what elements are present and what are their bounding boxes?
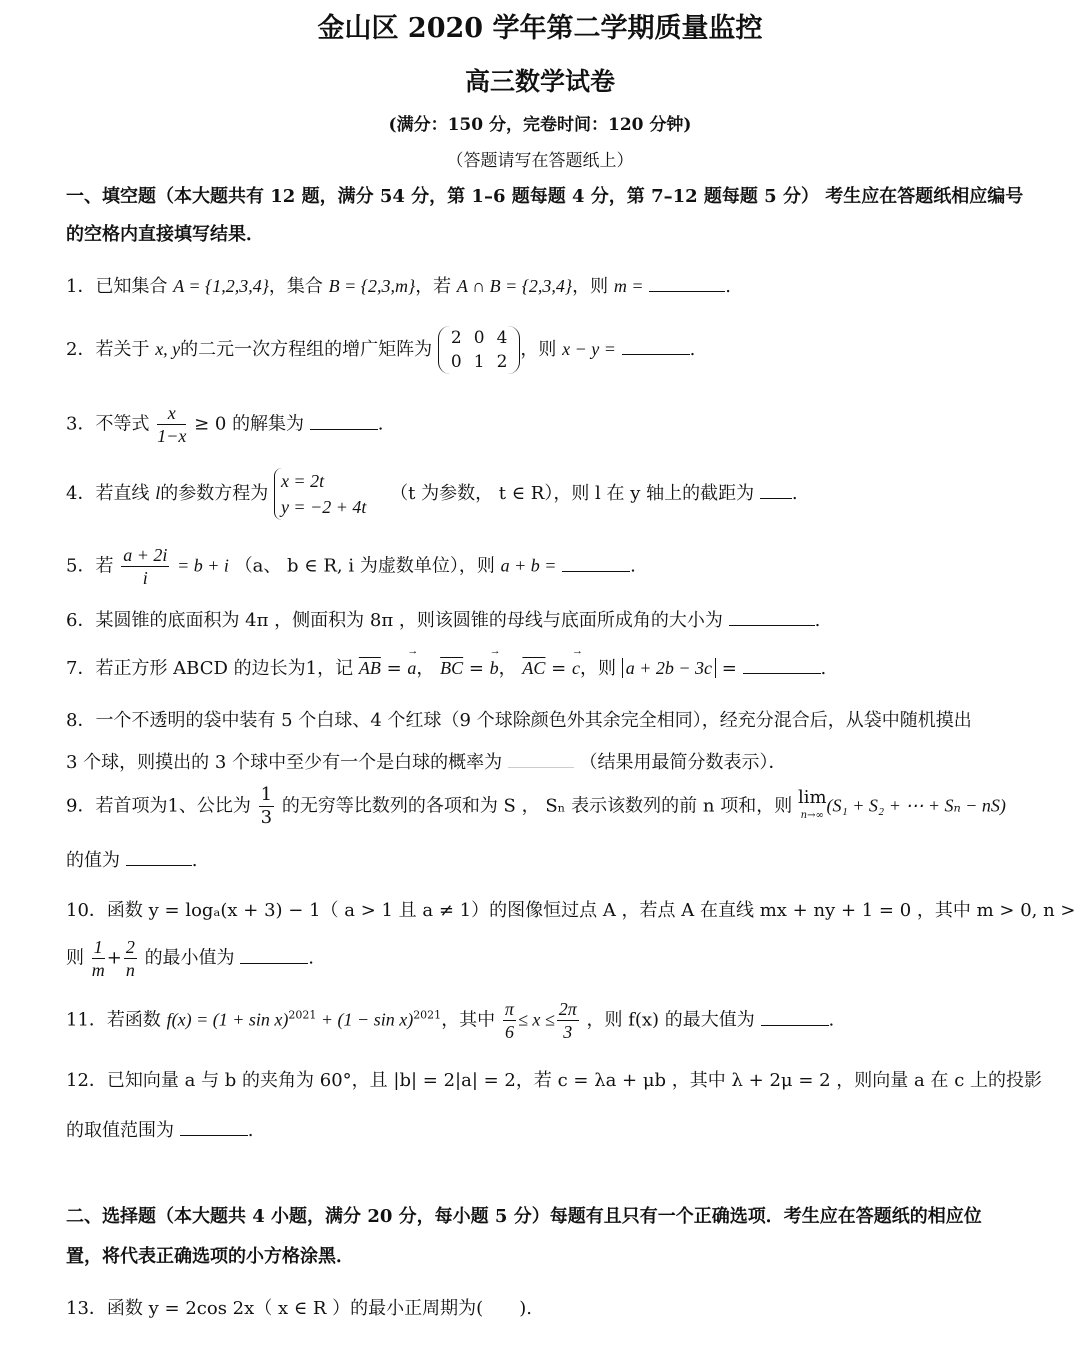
matrix-cell: 2 xyxy=(491,350,514,374)
matrix-cell: 1 xyxy=(468,350,491,374)
matrix-cell: 4 xyxy=(491,326,514,350)
question-8: 8．一个不透明的袋中装有 5 个白球、4 个红球（9 个球除颜色外其余完全相同）… xyxy=(66,706,972,732)
q-text: ，则 xyxy=(580,658,616,679)
q-text: 若直线 xyxy=(95,483,149,504)
exam-note: （答题请写在答题纸上） xyxy=(0,146,1080,171)
q-num: 3． xyxy=(66,414,95,435)
answer-blank[interactable] xyxy=(240,945,308,964)
q-text: ，则 xyxy=(572,276,608,297)
matrix-cell: 2 xyxy=(445,326,468,350)
q-num: 8． xyxy=(66,710,95,731)
fraction: 13 xyxy=(259,784,274,829)
numerator: 1 xyxy=(259,784,274,807)
q-text: 函数 y = logₐ(x + 3) − 1（ a > 1 且 a ≠ 1）的图… xyxy=(107,900,1080,921)
question-13: 13．函数 y = 2cos 2x（ x ∈ R ）的最小正周期为( ). xyxy=(66,1294,532,1320)
exponent: 2021 xyxy=(288,1009,316,1022)
equation: x = 2t xyxy=(281,468,366,494)
q-end: . xyxy=(248,1120,254,1141)
q-num: 10． xyxy=(66,900,107,921)
answer-blank[interactable] xyxy=(622,336,690,355)
vector-ac: AC xyxy=(522,658,545,678)
vector-b: b xyxy=(490,658,499,679)
section2-heading-cont: 置，将代表正确选项的小方格涂黑． xyxy=(66,1242,354,1268)
question-8-cont: 3 个球，则摸出的 3 个球中至少有一个是白球的概率为 （结果用最简分数表示）． xyxy=(66,748,787,774)
q-text: 的二元一次方程组的增广矩阵为 xyxy=(180,339,432,360)
answer-blank[interactable] xyxy=(729,607,815,626)
q-text: 已知向量 a 与 b 的夹角为 60°，且 |b| = 2|a| = 2，若 c… xyxy=(107,1070,1042,1091)
q-text: （t 为参数， t ∈ R），则 l 在 y 轴上的截距为 xyxy=(390,483,754,504)
q-end: . xyxy=(630,556,636,577)
q-text: 某圆锥的底面积为 4π ，侧面积为 8π ，则该圆锥的母线与底面所成角的大小为 xyxy=(95,610,722,631)
q-math: f(x) = (1 + sin x) xyxy=(167,1010,289,1030)
q-end: . xyxy=(308,948,314,969)
question-12: 12．已知向量 a 与 b 的夹角为 60°，且 |b| = 2|a| = 2，… xyxy=(66,1066,1042,1092)
answer-blank[interactable] xyxy=(760,480,792,499)
exam-meta: (满分：150 分，完卷时间：120 分钟) xyxy=(0,110,1080,135)
q-num: 5． xyxy=(66,556,95,577)
q-num: 7． xyxy=(66,658,95,679)
vector-ab: AB xyxy=(359,658,381,678)
vector-bc: BC xyxy=(440,658,463,678)
q-text: 的最小值为 xyxy=(145,948,235,969)
fraction: 2n xyxy=(124,936,137,981)
exam-subtitle: 高三数学试卷 xyxy=(0,62,1080,98)
q-text: 的值为 xyxy=(66,850,120,871)
question-10: 10．函数 y = logₐ(x + 3) − 1（ a > 1 且 a ≠ 1… xyxy=(66,896,1080,922)
denominator: 3 xyxy=(259,807,274,829)
fraction: 1m xyxy=(92,936,105,981)
q-text: 3 个球，则摸出的 3 个球中至少有一个是白球的概率为 xyxy=(66,752,502,773)
q-math: a + b = xyxy=(501,556,557,576)
question-5: 5．若 a + 2ii = b + i （a、 b ∈ R, i 为虚数单位），… xyxy=(66,544,636,589)
q-num: 1． xyxy=(66,276,95,297)
limit: limn→∞ xyxy=(798,789,827,825)
q-end: . xyxy=(192,850,198,871)
q-text: 的参数方程为 xyxy=(160,483,268,504)
denominator: n xyxy=(124,959,137,981)
answer-blank[interactable] xyxy=(649,273,725,292)
answer-blank[interactable] xyxy=(761,1007,829,1026)
question-10-cont: 则 1m+2n 的最小值为 . xyxy=(66,936,314,981)
exam-title: 金山区 2020 学年第二学期质量监控 xyxy=(0,6,1080,45)
q-math: + xyxy=(107,948,122,969)
q-math: (S₁ + S₂ + ⋯ + Sₙ − nS) xyxy=(827,796,1006,816)
q-num: 6． xyxy=(66,610,95,631)
denominator: m xyxy=(92,959,105,981)
answer-blank[interactable] xyxy=(562,553,630,572)
vector-a: a xyxy=(407,658,416,679)
q-math: A = {1,2,3,4} xyxy=(173,276,269,296)
q-num: 13． xyxy=(66,1298,107,1319)
equation: y = −2 + 4t xyxy=(281,494,366,520)
q-text: 的取值范围为 xyxy=(66,1120,174,1141)
q-text: ，则 f(x) 的最大值为 xyxy=(586,1010,754,1031)
question-3: 3．不等式 x1−x ≥ 0 的解集为 . xyxy=(66,402,384,447)
q-text: 若首项为1、公比为 xyxy=(95,796,250,817)
q-num: 12． xyxy=(66,1070,107,1091)
denominator: 1−x xyxy=(157,425,186,447)
q-end: . xyxy=(378,414,384,435)
vector-c: c xyxy=(572,658,580,679)
q-num: 9． xyxy=(66,796,95,817)
q-text: ，其中 xyxy=(441,1010,495,1031)
q-text: 的解集为 xyxy=(232,414,304,435)
vector-magnitude: a + 2b − 3c xyxy=(622,658,716,678)
q-end: . xyxy=(725,276,731,297)
question-4: 4．若直线 l的参数方程为 x = 2ty = −2 + 4t （t 为参数， … xyxy=(66,468,798,520)
q-text: 函数 y = 2cos 2x（ x ∈ R ）的最小正周期为( ). xyxy=(107,1298,532,1319)
q-end: . xyxy=(821,658,827,679)
q-text: ，集合 xyxy=(269,276,323,297)
fraction: 2π3 xyxy=(557,998,579,1043)
q-math: = b + i xyxy=(177,556,229,576)
q-num: 4． xyxy=(66,483,95,504)
q-end: . xyxy=(792,483,798,504)
exponent: 2021 xyxy=(413,1009,441,1022)
q-num: 11． xyxy=(66,1010,107,1031)
q-text: 已知集合 xyxy=(95,276,167,297)
q-math: B = {2,3,m} xyxy=(329,276,416,296)
q-math: ≥ 0 xyxy=(194,414,226,435)
q-math: x − y = xyxy=(562,339,616,359)
question-9-cont: 的值为 . xyxy=(66,846,197,872)
denominator: 3 xyxy=(557,1021,579,1043)
answer-blank[interactable] xyxy=(508,749,574,768)
answer-blank[interactable] xyxy=(180,1117,248,1136)
fraction: x1−x xyxy=(157,402,186,447)
question-12-cont: 的取值范围为 . xyxy=(66,1116,253,1142)
answer-blank[interactable] xyxy=(126,847,192,866)
numerator: 1 xyxy=(92,936,105,959)
q-text: ，则 xyxy=(520,339,556,360)
section1-heading: 一、填空题（本大题共有 12 题，满分 54 分，第 1–6 题每题 4 分，第… xyxy=(66,182,1023,208)
q-text: 若关于 xyxy=(95,339,149,360)
q-num: 2． xyxy=(66,339,95,360)
question-7: 7．若正方形 ABCD 的边长为1，记 AB = a， BC = b， AC =… xyxy=(66,654,826,680)
q-end: . xyxy=(690,339,696,360)
q-text: （a、 b ∈ R, i 为虚数单位），则 xyxy=(235,556,495,577)
matrix-cell: 0 xyxy=(468,326,491,350)
denominator: i xyxy=(121,567,169,589)
numerator: 2 xyxy=(124,936,137,959)
lim-label: lim xyxy=(798,787,827,808)
q-text: 不等式 xyxy=(95,414,149,435)
q-text: 一个不透明的袋中装有 5 个白球、4 个红球（9 个球除颜色外其余完全相同），经… xyxy=(95,710,971,731)
question-6: 6．某圆锥的底面积为 4π ，侧面积为 8π ，则该圆锥的母线与底面所成角的大小… xyxy=(66,606,820,632)
denominator: 6 xyxy=(503,1021,516,1043)
q-text: 若正方形 ABCD 的边长为1，记 xyxy=(95,658,353,679)
equation-system: x = 2ty = −2 + 4t xyxy=(274,468,366,520)
matrix-cell: 0 xyxy=(445,350,468,374)
q-text: 的无穷等比数列的各项和为 S ， Sₙ 表示该数列的前 n 项和，则 xyxy=(282,796,792,817)
question-11: 11．若函数 f(x) = (1 + sin x)2021 + (1 − sin… xyxy=(66,998,834,1043)
augmented-matrix: 204 012 xyxy=(438,326,520,374)
answer-blank[interactable] xyxy=(310,411,378,430)
q-end: . xyxy=(815,610,821,631)
q-math: = xyxy=(722,658,737,679)
q-math: m = xyxy=(614,276,644,296)
q-text: （结果用最简分数表示）． xyxy=(580,752,787,773)
numerator: π xyxy=(503,998,516,1021)
numerator: 2π xyxy=(557,998,579,1021)
question-1: 1．已知集合 A = {1,2,3,4}，集合 B = {2,3,m}，若 A … xyxy=(66,272,731,298)
fraction: a + 2ii xyxy=(121,544,169,589)
fraction: π6 xyxy=(503,998,516,1043)
numerator: x xyxy=(157,402,186,425)
q-math: + (1 − sin x) xyxy=(316,1010,413,1030)
answer-blank[interactable] xyxy=(743,655,821,674)
numerator: a + 2i xyxy=(121,544,169,567)
lim-sub: n→∞ xyxy=(798,807,827,825)
section2-heading: 二、选择题（本大题共 4 小题，满分 20 分，每小题 5 分）每题有且只有一个… xyxy=(66,1202,982,1228)
q-text: 若函数 xyxy=(107,1010,161,1031)
q-text: ，若 xyxy=(415,276,451,297)
q-text: 则 xyxy=(66,948,84,969)
q-end: . xyxy=(829,1010,835,1031)
q-math: x, y xyxy=(155,339,180,359)
q-text: 若 xyxy=(95,556,113,577)
question-9: 9．若首项为1、公比为 13 的无穷等比数列的各项和为 S ， Sₙ 表示该数列… xyxy=(66,784,1006,829)
section1-heading-cont: 的空格内直接填写结果． xyxy=(66,220,264,246)
q-math: A ∩ B = {2,3,4} xyxy=(457,276,572,296)
q-math: ≤ x ≤ xyxy=(518,1010,555,1030)
question-2: 2．若关于 x, y的二元一次方程组的增广矩阵为 204 012 ，则 x − … xyxy=(66,326,695,374)
